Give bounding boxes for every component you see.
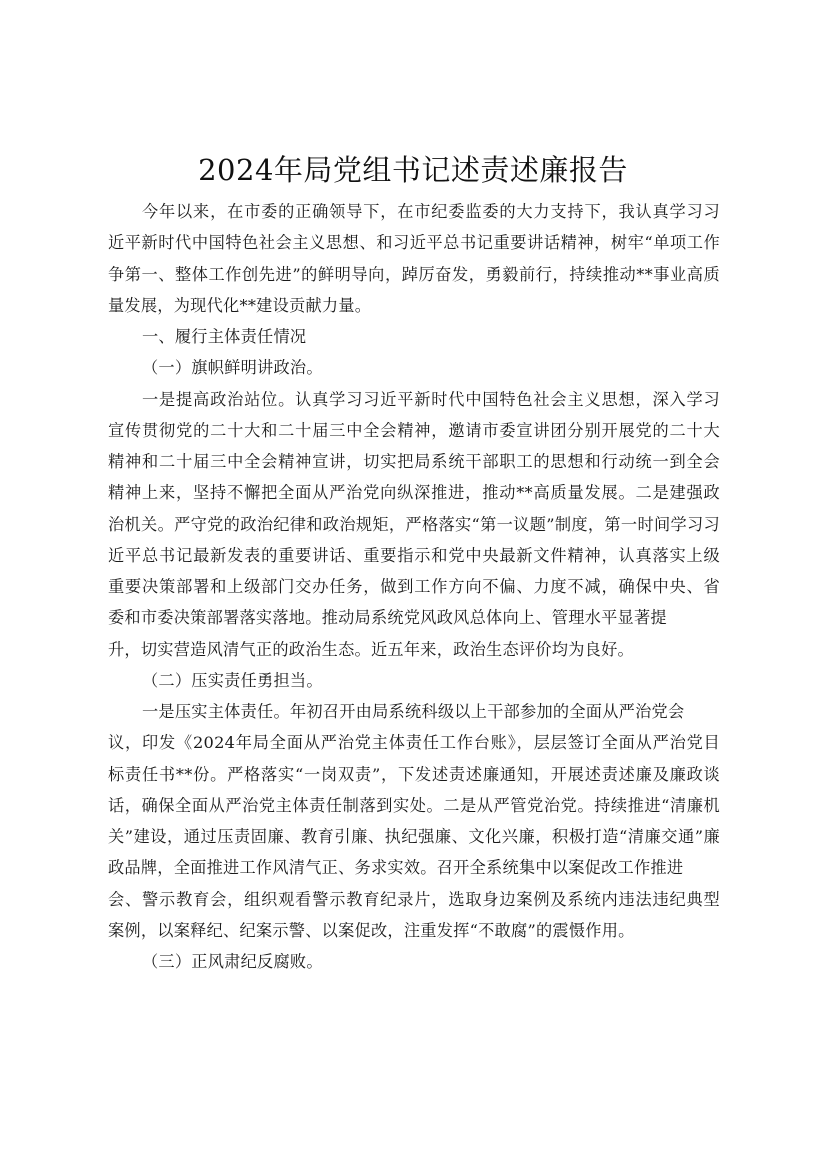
text-line: 争第一、整体工作创先进”的鲜明导向，踔厉奋发，勇毅前行，持续推动**事业高质 <box>108 259 720 290</box>
text-line: 委和市委决策部署落实落地。推动局系统党风政风总体向上、管理水平显著提 <box>108 602 720 633</box>
text-line: 会、警示教育会，组织观看警示教育纪录片，选取身边案例及系统内违法违纪典型 <box>108 884 720 915</box>
text-line: 治机关。严守党的政治纪律和政治规矩，严格落实“第一议题”制度，第一时间学习习 <box>108 509 720 540</box>
text-line: （三）正风肃纪反腐败。 <box>108 946 720 977</box>
text-line: 近平总书记最新发表的重要讲话、重要指示和党中央最新文件精神，认真落实上级 <box>108 540 720 571</box>
text-line: 政品牌，全面推进工作风清气正、务求实效。召开全系统集中以案促改工作推进 <box>108 852 720 883</box>
text-line: 精神和二十届三中全会精神宣讲，切实把局系统干部职工的思想和行动统一到全会 <box>108 446 720 477</box>
text-line: 重要决策部署和上级部门交办任务，做到工作方向不偏、力度不减，确保中央、省 <box>108 571 720 602</box>
text-line: 今年以来，在市委的正确领导下，在市纪委监委的大力支持下，我认真学习习 <box>108 196 720 227</box>
text-line: 精神上来，坚持不懈把全面从严治党向纵深推进，推动**高质量发展。二是建强政 <box>108 477 720 508</box>
document-title: 2024年局党组书记述责述廉报告 <box>0 150 826 190</box>
text-line: 一是提高政治站位。认真学习习近平新时代中国特色社会主义思想，深入学习 <box>108 384 720 415</box>
text-line: 升，切实营造风清气正的政治生态。近五年来，政治生态评价均为良好。 <box>108 634 720 665</box>
text-line: 一是压实主体责任。年初召开由局系统科级以上干部参加的全面从严治党会 <box>108 696 720 727</box>
text-line: 案例，以案释纪、纪案示警、以案促改，注重发挥“不敢腐”的震慑作用。 <box>108 915 720 946</box>
text-line: 一、履行主体责任情况 <box>108 321 720 352</box>
document-page: 2024年局党组书记述责述廉报告 今年以来，在市委的正确领导下，在市纪委监委的大… <box>0 0 826 1165</box>
text-line: 话，确保全面从严治党主体责任制落到实处。二是从严管党治党。持续推进“清廉机 <box>108 790 720 821</box>
text-line: 标责任书**份。严格落实“一岗双责”，下发述责述廉通知，开展述责述廉及廉政谈 <box>108 759 720 790</box>
text-line: （一）旗帜鲜明讲政治。 <box>108 352 720 383</box>
text-line: 宣传贯彻党的二十大和二十届三中全会精神，邀请市委宣讲团分别开展党的二十大 <box>108 415 720 446</box>
document-body: 今年以来，在市委的正确领导下，在市纪委监委的大力支持下，我认真学习习近平新时代中… <box>108 196 720 977</box>
text-line: 议，印发《2024年局全面从严治党主体责任工作台账》，层层签订全面从严治党目 <box>108 727 720 758</box>
text-line: 量发展，为现代化**建设贡献力量。 <box>108 290 720 321</box>
text-line: 近平新时代中国特色社会主义思想、和习近平总书记重要讲话精神，树牢“单项工作 <box>108 227 720 258</box>
text-line: 关”建设，通过压责固廉、教育引廉、执纪强廉、文化兴廉，积极打造“清廉交通”廉 <box>108 821 720 852</box>
text-line: （二）压实责任勇担当。 <box>108 665 720 696</box>
